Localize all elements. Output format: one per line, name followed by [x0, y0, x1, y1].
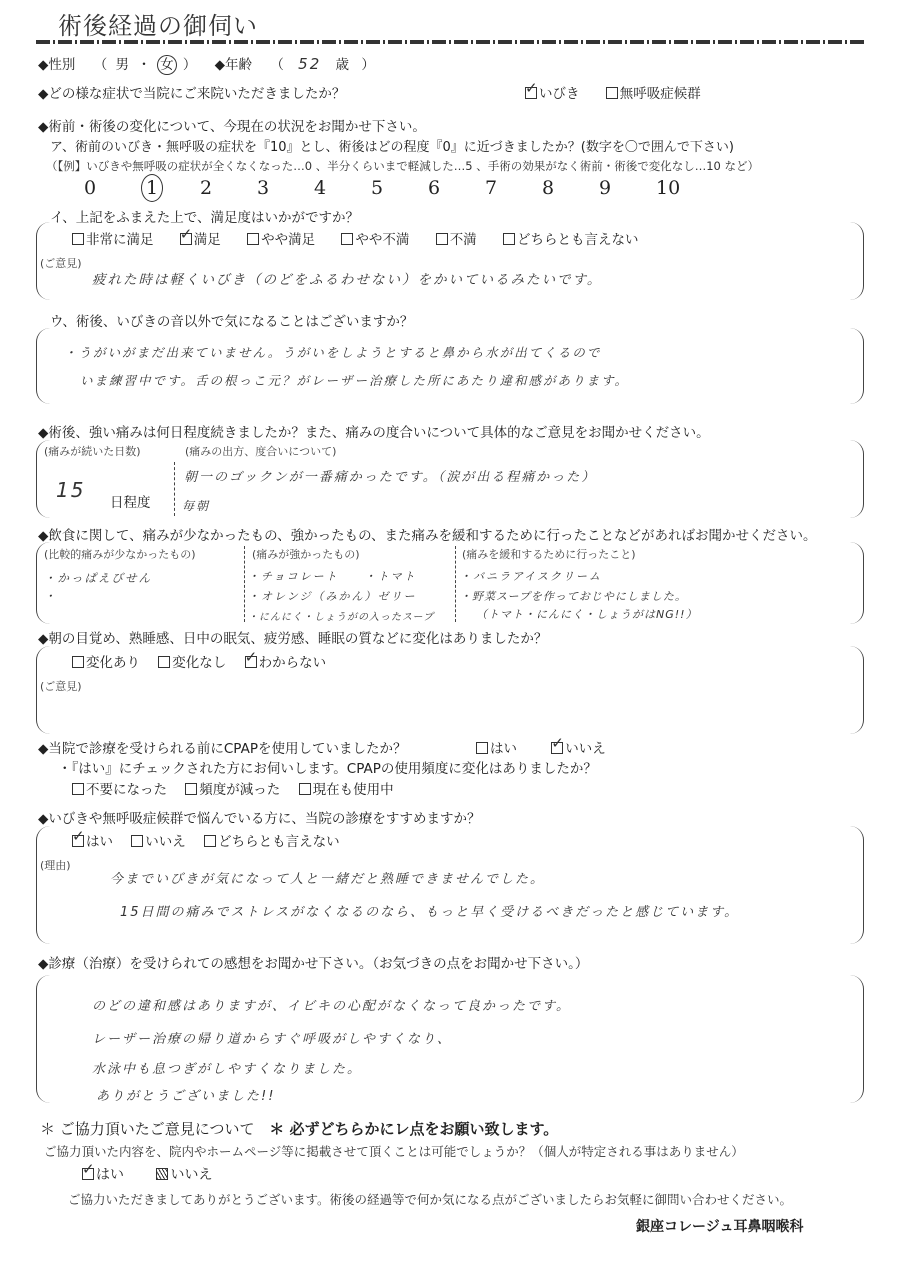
- symptom-options: いびき 無呼吸症候群: [525, 82, 723, 102]
- food-col3-item-2[interactable]: ・野菜スープを作っておじやにしました。: [460, 588, 687, 604]
- option-no[interactable]: いいえ: [551, 737, 606, 757]
- checkbox-scribbled-icon[interactable]: [156, 1168, 168, 1180]
- consent-heading-right: ＊ 必ずどちらかにレ点をお願い致します。: [269, 1120, 558, 1138]
- age-label: ◆年齢: [215, 57, 252, 73]
- option-unknown[interactable]: わからない: [245, 651, 327, 671]
- paren-open: （: [270, 57, 284, 73]
- option-label: はい: [490, 741, 517, 757]
- option-yes[interactable]: はい: [72, 830, 113, 850]
- impression-line-4[interactable]: ありがとうございました!!: [96, 1085, 275, 1104]
- option-very-satisfied[interactable]: 非常に満足: [72, 228, 154, 248]
- impression-question: ◆診療（治療）を受けられての感想をお聞かせ下さい。（お気づきの点をお聞かせ下さい…: [38, 952, 588, 972]
- scale-5[interactable]: 5: [371, 177, 428, 199]
- reason-label: (理由): [40, 857, 71, 873]
- option-changed[interactable]: 変化あり: [72, 651, 140, 671]
- food-col2-item-3[interactable]: ・にんにく・しょうがの入ったスープ: [248, 608, 434, 623]
- option-apnea[interactable]: 無呼吸症候群: [606, 82, 701, 102]
- option-label: やや満足: [261, 232, 315, 248]
- age-value[interactable]: 52: [298, 55, 321, 73]
- food-col2-label: (痛みが強かったもの): [252, 546, 360, 562]
- option-label: いいえ: [565, 741, 606, 757]
- opinion-label: (ご意見): [40, 255, 82, 271]
- option-less-frequent[interactable]: 頻度が減った: [185, 778, 280, 798]
- checkbox-checked-icon[interactable]: [82, 1168, 94, 1180]
- checkbox-checked-icon[interactable]: [551, 742, 563, 754]
- option-label: はい: [86, 834, 113, 850]
- option-dissatisfied[interactable]: 不満: [436, 228, 477, 248]
- recommend-question: ◆いびきや無呼吸症候群で悩んでいる方に、当院の診療をすすめますか？: [38, 807, 481, 827]
- paren-open: （: [94, 57, 108, 73]
- pain-question: ◆術後、強い痛みは何日程度続きましたか？また、痛みの度合いについて具体的なご意見…: [38, 421, 710, 441]
- cpap-sub-options: 不要になった 頻度が減った 現在も使用中: [72, 778, 416, 798]
- checkbox-icon[interactable]: [247, 233, 259, 245]
- option-label: どちらとも言えない: [218, 834, 340, 850]
- option-label: やや不満: [355, 232, 409, 248]
- consent-question: ご協力頂いた内容を、院内やホームページ等に掲載させて頂くことは可能でしょうか？（…: [44, 1142, 744, 1160]
- food-col3-item-3[interactable]: （トマト・にんにく・しょうがはNG!!）: [476, 606, 698, 622]
- option-no[interactable]: いいえ: [131, 830, 186, 850]
- checkbox-icon[interactable]: [72, 783, 84, 795]
- food-col3-label: (痛みを緩和するために行ったこと): [462, 546, 636, 562]
- scale-1-circled[interactable]: 1: [141, 174, 163, 202]
- recommend-reason-line-1[interactable]: 今までいびきが気になって人と一緒だと熟睡できませんでした。: [110, 868, 545, 887]
- gender-label: ◆性別: [38, 57, 75, 73]
- checkbox-checked-icon[interactable]: [245, 656, 257, 668]
- column-divider: [174, 462, 175, 516]
- food-col1-item-1[interactable]: ・かっぱえびせん: [44, 570, 152, 586]
- satisfaction-opinion[interactable]: 疲れた時は軽くいびき（のどをふるわせない）をかいているみたいです。: [92, 268, 602, 288]
- option-label: 不満: [450, 232, 477, 248]
- column-divider: [244, 546, 245, 622]
- option-satisfied[interactable]: 満足: [180, 228, 221, 248]
- option-label: はい: [96, 1167, 124, 1183]
- option-yes[interactable]: はい: [476, 737, 517, 757]
- consent-heading-left: ＊ ご協力頂いたご意見について: [40, 1120, 254, 1138]
- checkbox-icon[interactable]: [341, 233, 353, 245]
- food-col1-item-2[interactable]: ・: [44, 588, 58, 604]
- checkbox-icon[interactable]: [158, 656, 170, 668]
- option-label: 無呼吸症候群: [620, 86, 701, 102]
- recommend-reason-line-2[interactable]: 15日間の痛みでストレスがなくなるのなら、もっと早く受けるべきだったと感じていま…: [120, 901, 739, 920]
- option-no-longer-needed[interactable]: 不要になった: [72, 778, 167, 798]
- clinic-name: 銀座コレージュ耳鼻咽喉科: [636, 1216, 803, 1236]
- gender-field: ◆性別 （ 男 ・ 女 ） ◆年齢 （ 52 歳 ）: [38, 53, 375, 73]
- food-col2-item-1[interactable]: ・チョコレート ・トマト: [248, 568, 417, 584]
- checkbox-checked-icon[interactable]: [525, 87, 537, 99]
- pain-detail-label: (痛みの出方、度合いについて): [185, 443, 336, 459]
- scale-8[interactable]: 8: [542, 177, 599, 199]
- sleep-options: 変化あり 変化なし わからない: [72, 651, 348, 671]
- age-unit: 歳: [336, 57, 350, 73]
- option-label: わからない: [259, 655, 327, 671]
- consent-options: はい いいえ: [82, 1164, 234, 1184]
- option-somewhat-dissatisfied[interactable]: やや不満: [341, 228, 409, 248]
- other-concerns-line-2[interactable]: いま練習中です。舌の根っこ元？がレーザー治療した所にあたり違和感があります。: [80, 371, 629, 389]
- option-somewhat-satisfied[interactable]: やや満足: [247, 228, 315, 248]
- checkbox-checked-icon[interactable]: [72, 835, 84, 847]
- scale-10[interactable]: 10: [656, 177, 713, 199]
- pain-detail-line-2[interactable]: 毎朝: [182, 497, 210, 514]
- scale-3[interactable]: 3: [257, 177, 314, 199]
- food-col3-item-1[interactable]: ・バニラアイスクリーム: [460, 568, 602, 584]
- cpap-options: はい いいえ: [476, 737, 628, 757]
- option-label: 頻度が減った: [199, 782, 280, 798]
- checkbox-icon[interactable]: [204, 835, 216, 847]
- checkbox-icon[interactable]: [436, 233, 448, 245]
- option-label: 変化なし: [172, 655, 226, 671]
- option-yes[interactable]: はい: [82, 1164, 124, 1184]
- consent-heading: ＊ ご協力頂いたご意見について ＊ 必ずどちらかにレ点をお願い致します。: [40, 1118, 558, 1139]
- impression-line-3[interactable]: 水泳中も息つぎがしやすくなりました。: [92, 1058, 362, 1077]
- opinion-label: (ご意見): [40, 678, 82, 694]
- option-snoring[interactable]: いびき: [525, 82, 580, 102]
- scale-4[interactable]: 4: [314, 177, 371, 199]
- scale-9[interactable]: 9: [599, 177, 656, 199]
- gender-sep: ・: [137, 57, 151, 73]
- column-divider: [455, 546, 456, 622]
- option-still-using[interactable]: 現在も使用中: [299, 778, 394, 798]
- cpap-question: ◆当院で診療を受けられる前にCPAPを使用していましたか？: [38, 737, 406, 757]
- change-example: （【例】いびきや無呼吸の症状が全くなくなった…0 、半分くらいまで軽減した…5 …: [46, 158, 759, 174]
- gender-male[interactable]: 男: [115, 57, 129, 73]
- food-question: ◆飲食に関して、痛みが少なかったもの、強かったもの、また痛みを緩和するために行っ…: [38, 524, 817, 544]
- other-concerns-line-1[interactable]: ・うがいがまだ出来ていません。うがいをしようとすると鼻から水が出てくるので: [64, 343, 601, 361]
- change-heading: ◆術前・術後の変化について、今現在の状況をお聞かせ下さい。: [38, 115, 426, 135]
- sleep-question: ◆朝の目覚め、熟睡感、日中の眠気、疲労感、睡眠の質などに変化はありましたか？: [38, 627, 547, 647]
- gender-female-circled[interactable]: 女: [157, 55, 177, 75]
- change-question-a: ア、術前のいびき・無呼吸の症状を『10』とし、術後はどの程度『0』に近づきました…: [50, 136, 734, 155]
- title-divider: [36, 40, 866, 44]
- checkbox-icon[interactable]: [131, 835, 143, 847]
- checkbox-icon[interactable]: [185, 783, 197, 795]
- paren-close: ）: [183, 57, 197, 73]
- scale-6[interactable]: 6: [428, 177, 485, 199]
- scale-7[interactable]: 7: [485, 177, 542, 199]
- pain-days-unit: 日程度: [110, 491, 151, 511]
- scale-2[interactable]: 2: [200, 177, 257, 199]
- option-label: いいえ: [170, 1167, 212, 1183]
- recommend-options: はい いいえ どちらとも言えない: [72, 830, 362, 850]
- consent-thanks: ご協力いただきましてありがとうございます。術後の経過等で何か気になる点がございま…: [68, 1190, 792, 1208]
- option-label: どちらとも言えない: [517, 232, 639, 248]
- symptom-question: ◆どの様な症状で当院にご来院いただきましたか？: [38, 82, 345, 102]
- checkbox-icon[interactable]: [72, 233, 84, 245]
- scale-0[interactable]: 0: [84, 177, 141, 199]
- other-concerns-question: ウ、術後、いびきの音以外で気になることはございますか？: [50, 310, 413, 330]
- option-label: いいえ: [145, 834, 186, 850]
- form-title: 術後経過の御伺い: [58, 6, 258, 41]
- food-col1-label: (比較的痛みが少なかったもの): [44, 546, 196, 562]
- option-label: 現在も使用中: [313, 782, 394, 798]
- checkbox-icon[interactable]: [72, 656, 84, 668]
- option-label: 変化あり: [86, 655, 140, 671]
- option-no[interactable]: いいえ: [156, 1164, 212, 1184]
- checkbox-icon[interactable]: [503, 233, 515, 245]
- impression-line-1[interactable]: のどの違和感はありますが、イビキの心配がなくなって良かったです。: [92, 995, 571, 1014]
- checkbox-icon[interactable]: [606, 87, 618, 99]
- pain-days-value[interactable]: 15: [56, 478, 85, 502]
- change-scale: 012345678910: [84, 174, 713, 202]
- option-label: 非常に満足: [86, 232, 154, 248]
- cpap-sub-question: ・『はい』にチェックされた方にお伺いします。CPAPの使用頻度に変化はありました…: [58, 757, 597, 777]
- option-no-change[interactable]: 変化なし: [158, 651, 226, 671]
- option-neither[interactable]: どちらとも言えない: [204, 830, 340, 850]
- option-label: 満足: [194, 232, 221, 248]
- checkbox-icon[interactable]: [476, 742, 488, 754]
- other-concerns-box: [36, 328, 864, 404]
- food-col2-item-2[interactable]: ・オレンジ（みかん）ゼリー: [248, 588, 416, 604]
- pain-days-label: (痛みが続いた日数): [44, 443, 141, 459]
- checkbox-icon[interactable]: [299, 783, 311, 795]
- satisfaction-options: 非常に満足 満足 やや満足 やや不満 不満 どちらとも言えない: [72, 228, 660, 248]
- paren-close: ）: [361, 57, 375, 73]
- option-label: 不要になった: [86, 782, 167, 798]
- impression-line-2[interactable]: レーザー治療の帰り道からすぐ呼吸がしやすくなり、: [92, 1028, 452, 1047]
- option-label: いびき: [539, 86, 580, 102]
- checkbox-checked-icon[interactable]: [180, 233, 192, 245]
- pain-detail-line-1[interactable]: 朝一のゴックンが一番痛かったです。（涙が出る程痛かった）: [184, 466, 596, 485]
- option-neither[interactable]: どちらとも言えない: [503, 228, 639, 248]
